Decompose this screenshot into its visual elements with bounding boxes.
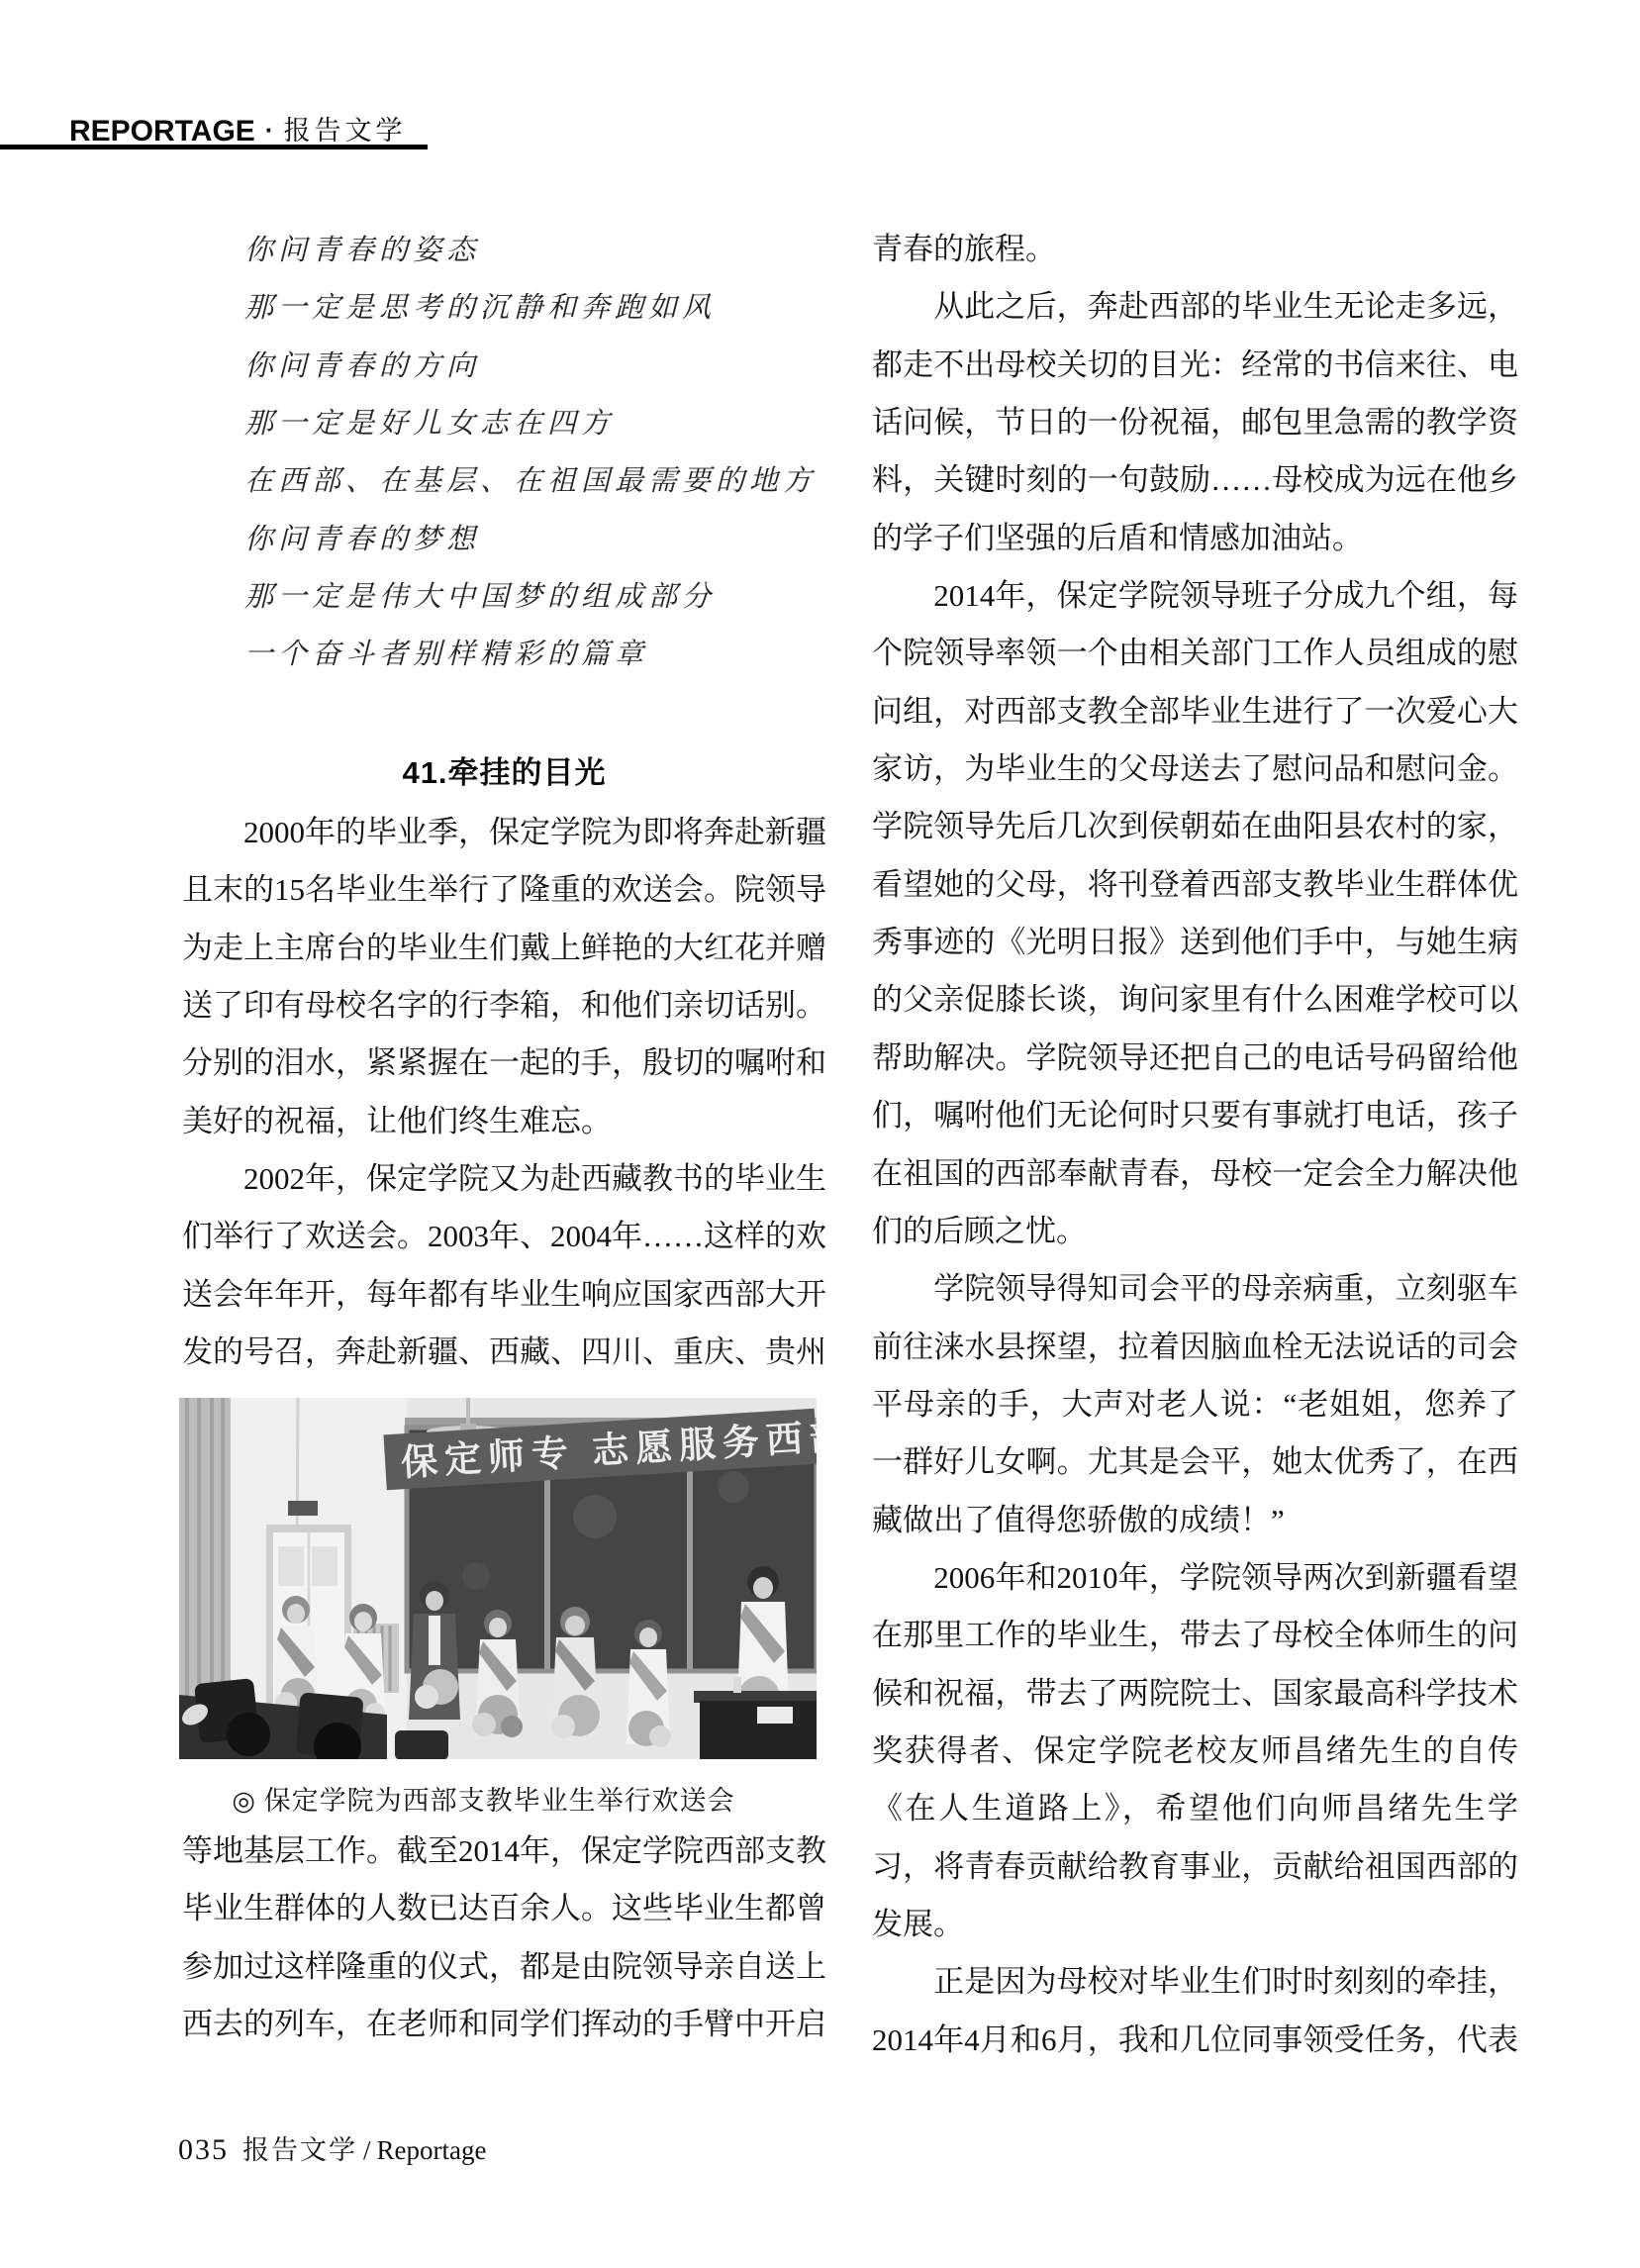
body-text-line: 参加过这样隆重的仪式，都是由院领导亲自送上 xyxy=(182,1938,826,1996)
body-text-line: 的父亲促膝长谈，询问家里有什么困难学校可以 xyxy=(872,971,1518,1029)
right-column-text: 青春的旅程。 从此之后，奔赴西部的毕业生无论走多远，都走不出母校关切的目光：经常… xyxy=(872,221,1518,2069)
page-header: REPORTAGE·报告文学 xyxy=(69,109,406,148)
body-text-line: 送了印有母校名字的行李箱，和他们亲切话别。 xyxy=(182,977,826,1035)
magazine-page: REPORTAGE·报告文学 你问青春的姿态那一定是思考的沉静和奔跑如风你问青春… xyxy=(0,0,1640,2268)
body-text-line: 们的后顾之忧。 xyxy=(872,1203,1518,1260)
body-text-line: 为走上主席台的毕业生们戴上鲜艳的大红花并赠 xyxy=(182,920,826,977)
poem-line: 一个奋斗者别样精彩的篇章 xyxy=(244,625,838,682)
body-text-line: 发的号召，奔赴新疆、西藏、四川、重庆、贵州 xyxy=(182,1324,826,1381)
body-text-line: 问组，对西部支教全部毕业生进行了一次爱心大 xyxy=(872,683,1518,740)
body-text-line: 《在人生道路上》，希望他们向师昌绪先生学 xyxy=(872,1780,1518,1837)
body-text-line: 奖获得者、保定学院老校友师昌绪先生的自传 xyxy=(872,1723,1518,1780)
footer-category-en: Reportage xyxy=(377,2135,487,2165)
body-text-line: 在那里工作的毕业生，带去了母校全体师生的问 xyxy=(872,1607,1518,1664)
body-text-line: 们，嘱咐他们无论何时只要有事就打电话，孩子 xyxy=(872,1087,1518,1144)
header-magazine-title: REPORTAGE xyxy=(69,115,255,148)
left-column-text-lower: 等地基层工作。截至2014年，保定学院西部支教毕业生群体的人数已达百余人。这些毕… xyxy=(182,1823,826,2053)
body-text-line: 且末的15名毕业生举行了隆重的欢送会。院领导 xyxy=(182,861,826,919)
poem-line: 在西部、在基层、在祖国最需要的地方 xyxy=(244,451,838,509)
body-text-line: 从此之后，奔赴西部的毕业生无论走多远， xyxy=(872,278,1518,336)
body-text-line: 送会年年开，每年都有毕业生响应国家西部大开 xyxy=(182,1266,826,1324)
page-number: 035 xyxy=(178,2133,229,2166)
body-text-line: 候和祝福，带去了两院院士、国家最高科学技术 xyxy=(872,1665,1518,1723)
body-text-line: 等地基层工作。截至2014年，保定学院西部支教 xyxy=(182,1823,826,1880)
body-text-line: 2000年的毕业季，保定学院为即将奔赴新疆 xyxy=(182,804,826,861)
event-photo-illustration: 保定师专 志愿服务西部毕业 xyxy=(179,1398,817,1759)
page-footer: 035报告文学/Reportage xyxy=(178,2128,486,2167)
body-text-line: 学院领导先后几次到侯朝茹在曲阳县农村的家， xyxy=(872,798,1518,855)
body-text-line: 前往涞水县探望，拉着因脑血栓无法说话的司会 xyxy=(872,1319,1518,1376)
body-text-line: 分别的泪水，紧紧握在一起的手，殷切的嘱咐和 xyxy=(182,1035,826,1092)
poem-line: 你问青春的姿态 xyxy=(244,221,838,278)
poem-line: 那一定是思考的沉静和奔跑如风 xyxy=(244,278,838,336)
body-text-line: 话问候，节日的一份祝福，邮包里急需的教学资 xyxy=(872,394,1518,451)
left-column-text-upper: 2000年的毕业季，保定学院为即将奔赴新疆且末的15名毕业生举行了隆重的欢送会。… xyxy=(182,804,826,1381)
body-text-line: 看望她的父母，将刊登着西部支教毕业生群体优 xyxy=(872,856,1518,914)
poem-line: 你问青春的方向 xyxy=(244,337,838,394)
body-text-line: 正是因为母校对毕业生们时时刻刻的牵挂， xyxy=(872,1953,1518,2011)
body-text-line: 毕业生群体的人数已达百余人。这些毕业生都曾 xyxy=(182,1880,826,1937)
body-text-line: 学院领导得知司会平的母亲病重，立刻驱车 xyxy=(872,1260,1518,1318)
body-text-line: 藏做出了值得您骄傲的成绩！” xyxy=(872,1492,1518,1549)
body-text-line: 美好的祝福，让他们终生难忘。 xyxy=(182,1093,826,1150)
body-text-line: 都走不出母校关切的目光：经常的书信来往、电 xyxy=(872,337,1518,394)
body-text-line: 发展。 xyxy=(872,1896,1518,1953)
body-text-line: 秀事迹的《光明日报》送到他们手中，与她生病 xyxy=(872,914,1518,971)
body-text-line: 青春的旅程。 xyxy=(872,221,1518,278)
event-photo: 保定师专 志愿服务西部毕业 xyxy=(179,1398,817,1759)
body-text-line: 的学子们坚强的后盾和情感加油站。 xyxy=(872,510,1518,567)
poem-block: 你问青春的姿态那一定是思考的沉静和奔跑如风你问青春的方向那一定是好儿女志在四方在… xyxy=(244,221,838,683)
body-text-line: 2006年和2010年，学院领导两次到新疆看望 xyxy=(872,1549,1518,1607)
exit-sign xyxy=(288,1501,318,1516)
body-text-line: 一群好儿女啊。尤其是会平，她太优秀了，在西 xyxy=(872,1433,1518,1491)
body-text-line: 们举行了欢送会。2003年、2004年……这样的欢 xyxy=(182,1208,826,1265)
poem-line: 你问青春的梦想 xyxy=(244,510,838,567)
body-text-line: 帮助解决。学院领导还把自己的电话号码留给他 xyxy=(872,1030,1518,1087)
body-text-line: 西去的列车，在老师和同学们挥动的手臂中开启 xyxy=(182,1996,826,2053)
body-text-line: 2014年，保定学院领导班子分成九个组，每 xyxy=(872,567,1518,625)
footer-category-zh: 报告文学 xyxy=(242,2135,357,2165)
body-text-line: 2002年，保定学院又为赴西藏教书的毕业生 xyxy=(182,1150,826,1208)
body-text-line: 家访，为毕业生的父母送去了慰问品和慰问金。 xyxy=(872,740,1518,798)
name-card xyxy=(757,1707,793,1724)
body-text-line: 习，将青春贡献给教育事业，贡献给祖国西部的 xyxy=(872,1838,1518,1896)
photo-caption: ◎ 保定学院为西部支教毕业生举行欢送会 xyxy=(148,1779,819,1824)
header-category-label: 报告文学 xyxy=(283,116,406,146)
header-separator-dot: · xyxy=(265,115,274,145)
body-text-line: 平母亲的手，大声对老人说：“老姐姐，您养了 xyxy=(872,1376,1518,1433)
header-rule xyxy=(0,145,428,149)
body-text-line: 2014年4月和6月，我和几位同事领受任务，代表 xyxy=(872,2012,1518,2069)
footer-slash: / xyxy=(363,2135,371,2165)
poem-line: 那一定是伟大中国梦的组成部分 xyxy=(244,567,838,625)
section-heading: 41.牵挂的目光 xyxy=(182,744,826,802)
poem-line: 那一定是好儿女志在四方 xyxy=(244,394,838,451)
body-text-line: 料，关键时刻的一句鼓励……母校成为远在他乡 xyxy=(872,451,1518,509)
body-text-line: 在祖国的西部奉献青春，母校一定会全力解决他 xyxy=(872,1145,1518,1203)
body-text-line: 个院领导率领一个由相关部门工作人员组成的慰 xyxy=(872,625,1518,682)
